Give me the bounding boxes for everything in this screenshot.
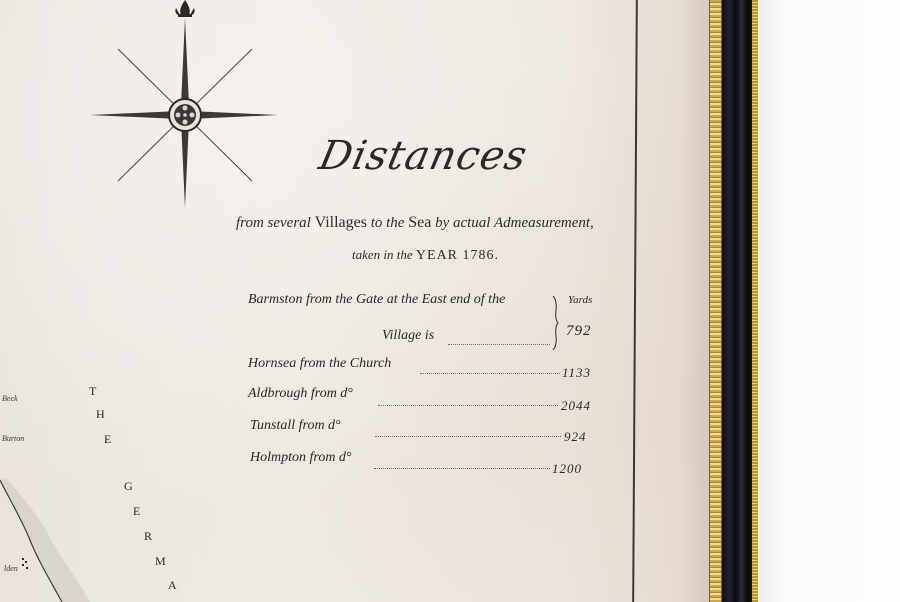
distance-value: 2044: [561, 398, 591, 414]
wall-background: [758, 0, 900, 602]
date-prefix: taken in the: [352, 247, 413, 262]
compass-rose-icon: [80, 0, 290, 210]
leader-dots: [374, 468, 550, 469]
leader-dots: [375, 436, 561, 437]
brace-icon: [551, 296, 559, 350]
fleur-de-lis-icon: [175, 0, 194, 17]
sea-label-letter: E: [104, 432, 111, 447]
survey-year: YEAR 1786.: [416, 248, 499, 263]
unit-label: Yards: [568, 294, 592, 306]
map-date-line: taken in the YEAR 1786.: [352, 247, 499, 264]
sea-label-letter: R: [144, 529, 152, 544]
subtitle-text: Sea: [408, 214, 431, 231]
frame-black-moulding: [722, 0, 752, 602]
leader-dots: [448, 344, 550, 345]
distance-row-label: Hornsea from the Church: [248, 356, 391, 372]
subtitle-text: by actual Admeasurement,: [431, 215, 593, 231]
frame-gold-slip: [709, 0, 722, 602]
sea-label-letter: A: [168, 578, 177, 593]
distance-value: 924: [564, 429, 587, 445]
distance-row-label: Aldbrough from d°: [248, 386, 353, 402]
sea-label-letter: G: [124, 479, 133, 494]
distance-row-label: Holmpton from d°: [250, 450, 352, 466]
place-label: Beck: [2, 394, 18, 403]
leader-dots: [420, 373, 560, 374]
sea-label-letter: T: [89, 384, 96, 399]
distance-value: 1133: [562, 365, 591, 381]
subtitle-text: from several: [236, 215, 315, 231]
distance-row-label: Barmston from the Gate at the East end o…: [248, 292, 505, 308]
leader-dots: [378, 405, 558, 406]
map-title: Distances: [315, 133, 531, 179]
distance-value: 1200: [552, 461, 582, 477]
distance-row-label: Tunstall from d°: [250, 418, 341, 434]
sea-label-letter: E: [133, 504, 140, 519]
margin-shadow: [680, 0, 712, 602]
subtitle-text: to the: [367, 215, 408, 231]
sea-label-letter: M: [155, 554, 166, 569]
map-subtitle: from several Villages to the Sea by actu…: [236, 214, 636, 232]
sea-label-letter: H: [96, 407, 105, 422]
coastline: [0, 470, 90, 602]
place-label: Burton: [2, 434, 24, 443]
distance-value: 792: [566, 323, 592, 340]
distance-row-label: Village is: [382, 328, 434, 344]
subtitle-text: Villages: [315, 214, 367, 231]
